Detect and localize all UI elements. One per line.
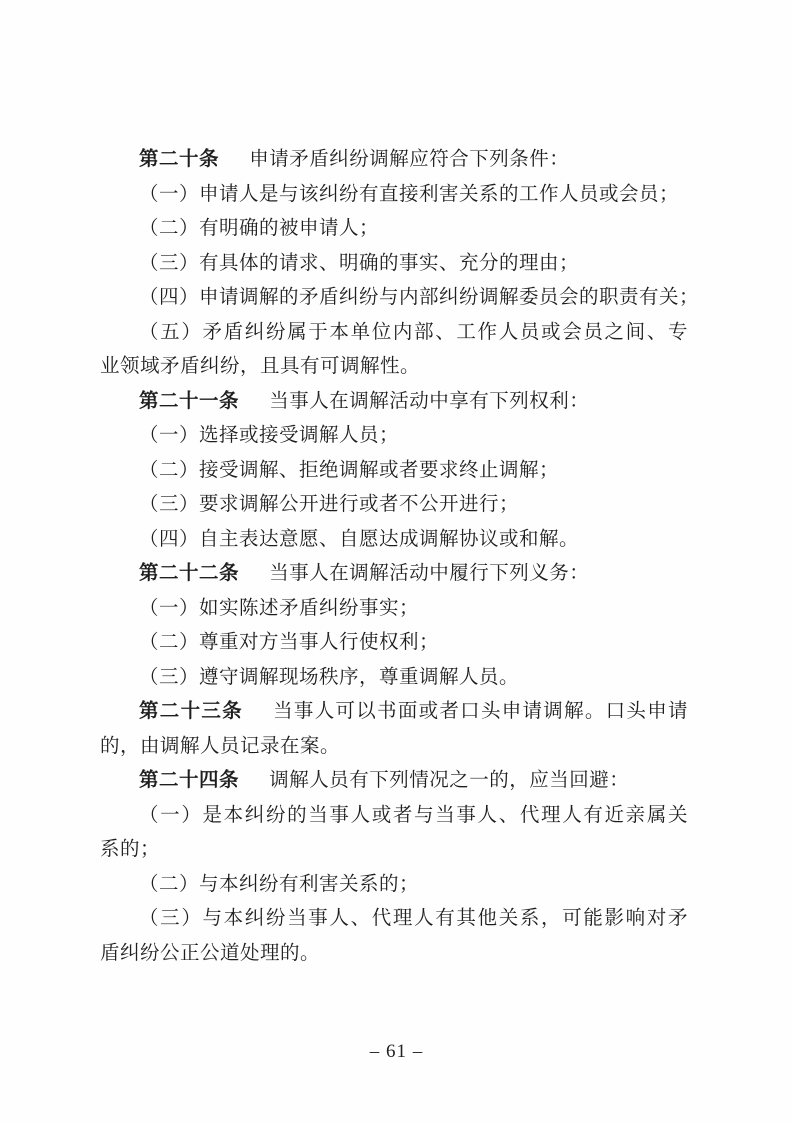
line-text: （二）接受调解、拒绝调解或者要求终止调解； (139, 460, 559, 481)
line-text: （四）申请调解的矛盾纠纷与内部纠纷调解委员会的职责有关； (139, 287, 699, 308)
line-text: （三）遵守调解现场秩序，尊重调解人员。 (139, 667, 519, 688)
text-line: （四）申请调解的矛盾纠纷与内部纠纷调解委员会的职责有关； (100, 281, 688, 316)
line-text: （二）与本纠纷有利害关系的； (139, 874, 419, 895)
line-text: （二）尊重对方当事人行使权利； (139, 632, 439, 653)
text-line: 第二十一条当事人在调解活动中享有下列权利： (100, 385, 688, 420)
article-number: 第二十条 (139, 149, 219, 170)
article-number: 第二十二条 (139, 563, 239, 584)
text-line: 第二十条申请矛盾纠纷调解应符合下列条件： (100, 143, 688, 178)
line-text: 系的； (100, 839, 160, 860)
article-number: 第二十一条 (139, 391, 239, 412)
line-text: （二）有明确的被申请人； (139, 218, 379, 239)
line-text: （四）自主表达意愿、自愿达成调解协议或和解。 (139, 529, 579, 550)
document-body: 第二十条申请矛盾纠纷调解应符合下列条件： （一）申请人是与该纠纷有直接利害关系的… (100, 143, 688, 971)
page-number: – 61 – (0, 1041, 793, 1063)
text-line: （三）要求调解公开进行或者不公开进行； (100, 488, 688, 523)
line-text: 当事人可以书面或者口头申请调解。口头申请 (273, 701, 688, 722)
text-line: 盾纠纷公正公道处理的。 (100, 937, 688, 972)
text-line: （四）自主表达意愿、自愿达成调解协议或和解。 (100, 523, 688, 558)
text-line: （一）申请人是与该纠纷有直接利害关系的工作人员或会员； (100, 178, 688, 213)
line-text: 申请矛盾纠纷调解应符合下列条件： (249, 149, 569, 170)
line-text: （三）有具体的请求、明确的事实、充分的理由； (139, 253, 579, 274)
line-text: 业领域矛盾纠纷，且具有可调解性。 (100, 356, 420, 377)
line-text: 当事人在调解活动中履行下列义务： (269, 563, 589, 584)
line-text: （一）是本纠纷的当事人或者与当事人、代理人有近亲属关 (139, 805, 688, 826)
text-line: （二）有明确的被申请人； (100, 212, 688, 247)
line-text: （五）矛盾纠纷属于本单位内部、工作人员或会员之间、专 (139, 322, 688, 343)
line-text: （一）如实陈述矛盾纠纷事实； (139, 598, 419, 619)
line-text: 当事人在调解活动中享有下列权利： (269, 391, 589, 412)
text-line: （三）有具体的请求、明确的事实、充分的理由； (100, 247, 688, 282)
document-page: 第二十条申请矛盾纠纷调解应符合下列条件： （一）申请人是与该纠纷有直接利害关系的… (0, 0, 793, 1122)
text-line: （二）接受调解、拒绝调解或者要求终止调解； (100, 454, 688, 489)
article-number: 第二十四条 (139, 770, 239, 791)
article-number: 第二十三条 (139, 701, 243, 722)
text-line: 业领域矛盾纠纷，且具有可调解性。 (100, 350, 688, 385)
line-text: （一）选择或接受调解人员； (139, 425, 399, 446)
text-line: 的，由调解人员记录在案。 (100, 730, 688, 765)
text-line: （一）选择或接受调解人员； (100, 419, 688, 454)
line-text: （三）与本纠纷当事人、代理人有其他关系，可能影响对矛 (139, 908, 688, 929)
line-text: 盾纠纷公正公道处理的。 (100, 943, 320, 964)
line-text: 的，由调解人员记录在案。 (100, 736, 340, 757)
line-text: （一）申请人是与该纠纷有直接利害关系的工作人员或会员； (139, 184, 679, 205)
text-line: （五）矛盾纠纷属于本单位内部、工作人员或会员之间、专 (100, 316, 688, 351)
line-text: 调解人员有下列情况之一的，应当回避： (269, 770, 629, 791)
text-line: 第二十三条当事人可以书面或者口头申请调解。口头申请 (100, 695, 688, 730)
text-line: （一）如实陈述矛盾纠纷事实； (100, 592, 688, 627)
text-line: （二）与本纠纷有利害关系的； (100, 868, 688, 903)
text-line: （一）是本纠纷的当事人或者与当事人、代理人有近亲属关 (100, 799, 688, 834)
text-line: 第二十二条当事人在调解活动中履行下列义务： (100, 557, 688, 592)
text-line: （二）尊重对方当事人行使权利； (100, 626, 688, 661)
text-line: 系的； (100, 833, 688, 868)
text-line: （三）遵守调解现场秩序，尊重调解人员。 (100, 661, 688, 696)
line-text: （三）要求调解公开进行或者不公开进行； (139, 494, 519, 515)
text-line: 第二十四条调解人员有下列情况之一的，应当回避： (100, 764, 688, 799)
text-line: （三）与本纠纷当事人、代理人有其他关系，可能影响对矛 (100, 902, 688, 937)
